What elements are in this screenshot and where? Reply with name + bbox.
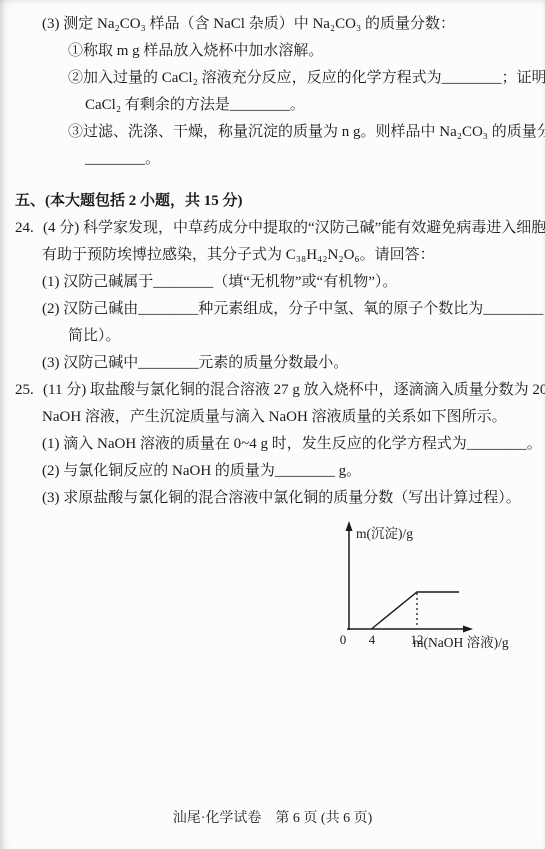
q23-step-3-blank: ________。 [15, 146, 535, 173]
q25-intro-line2: NaOH 溶液，产生沉淀质量与滴入 NaOH 溶液质量的关系如下图所示。 [15, 404, 535, 431]
q24-part2-continuation: 简比）。 [15, 323, 535, 350]
exam-page: (3) 测定 Na₂CO₃ 样品（含 NaCl 杂质）中 Na₂CO₃ 的质量分… [0, 0, 545, 849]
x-axis-arrow-icon [463, 626, 473, 633]
q24-part3: (3) 汉防己碱中________元素的质量分数最小。 [15, 350, 535, 377]
q24-intro-line1: 24.(4 分) 科学家发现，中草药成分中提取的“汉防己碱”能有效避免病毒进入细… [15, 215, 535, 242]
y-axis-arrow-icon [346, 521, 353, 531]
q24-part2: (2) 汉防己碱由________种元素组成，分子中氢、氧的原子个数比为____… [15, 296, 535, 323]
exam-content: (3) 测定 Na₂CO₃ 样品（含 NaCl 杂质）中 Na₂CO₃ 的质量分… [0, 0, 545, 658]
x-tick-4: 4 [369, 632, 376, 647]
line-chart: m(沉淀)/g m(NaOH 溶液)/g 0 4 12 [325, 518, 533, 658]
section-five-heading: 五、(本大题包括 2 小题，共 15 分) [15, 188, 535, 215]
x-tick-12: 12 [411, 632, 424, 647]
data-line [372, 592, 459, 629]
q25-number: 25. [15, 377, 43, 404]
q25-intro-line1: 25.(11 分) 取盐酸与氯化铜的混合溶液 27 g 放入烧杯中，逐滴滴入质量… [15, 377, 535, 404]
q23-part3-title: (3) 测定 Na₂CO₃ 样品（含 NaCl 杂质）中 Na₂CO₃ 的质量分… [15, 11, 535, 38]
page-footer: 汕尾·化学试卷 第 6 页 (共 6 页) [0, 807, 545, 827]
q23-step-3: ③过滤、洗涤、干燥，称量沉淀的质量为 n g。则样品中 Na₂CO₃ 的质量分数… [15, 119, 535, 146]
q23-step-2-continuation: CaCl₂ 有剩余的方法是________。 [15, 92, 535, 119]
precipitate-vs-naoh-graph: m(沉淀)/g m(NaOH 溶液)/g 0 4 12 [325, 518, 533, 658]
q25-part3: (3) 求原盐酸与氯化铜的混合溶液中氯化铜的质量分数（写出计算过程）。 [15, 485, 535, 512]
x-axis-label: m(NaOH 溶液)/g [413, 634, 509, 650]
q24-part1: (1) 汉防己碱属于________（填“无机物”或“有机物”）。 [15, 269, 535, 296]
q23-step-2: ②加入过量的 CaCl₂ 溶液充分反应，反应的化学方程式为________；证明… [15, 65, 535, 92]
x-tick-0: 0 [340, 632, 347, 647]
q25-part2: (2) 与氯化铜反应的 NaOH 的质量为________ g。 [15, 458, 535, 485]
q24-number: 24. [15, 215, 43, 242]
q24-intro-text: (4 分) 科学家发现，中草药成分中提取的“汉防己碱”能有效避免病毒进入细胞， [43, 220, 545, 236]
y-axis-label: m(沉淀)/g [356, 526, 413, 541]
q24-intro-line2: 有助于预防埃博拉感染，其分子式为 C₃₈H₄₂N₂O₆。请回答： [15, 242, 535, 269]
q23-step-1: ①称取 m g 样品放入烧杯中加水溶解。 [15, 38, 535, 65]
q25-intro-text: (11 分) 取盐酸与氯化铜的混合溶液 27 g 放入烧杯中，逐滴滴入质量分数为… [43, 382, 545, 398]
q25-part1: (1) 滴入 NaOH 溶液的质量在 0~4 g 时，发生反应的化学方程式为__… [15, 431, 535, 458]
